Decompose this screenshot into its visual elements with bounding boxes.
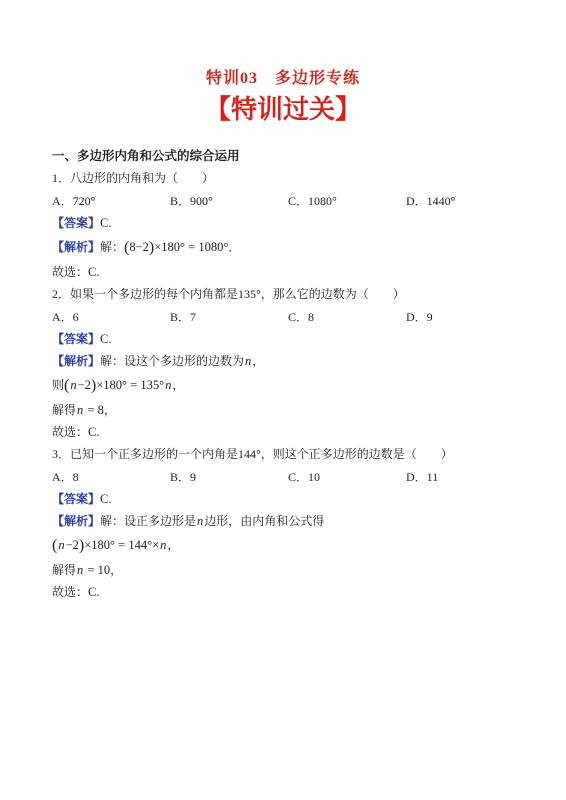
solution-line: 故选：C. (52, 581, 514, 603)
text-segment: C. (100, 332, 111, 346)
doc-title: 特训03 多边形专练 (52, 70, 514, 88)
text-segment: 边形，由内角和公式得 (204, 514, 324, 528)
question-2-stem: 2．如果一个多边形的每个内角都是135°，那么它的边数为（ ） (52, 283, 514, 306)
solution-line: 解得n = 8， (52, 399, 514, 421)
text-segment: 135° (140, 378, 164, 392)
text-segment: ， (104, 403, 116, 417)
question-3: 3．已知一个正多边形的一个内角是144°，则这个正多边形的边数是（ ） A．8 … (52, 443, 514, 603)
solution-line: (n−2)×180° = 144°×n， (52, 532, 514, 559)
text-segment: 故选： (52, 585, 88, 599)
doc-banner: 【特训过关】 (52, 94, 514, 126)
question-1-solution: 【答案】C.【解析】解：(8−2)×180° = 1080°．故选：C. (52, 212, 514, 283)
solution-line: 故选：C. (52, 261, 514, 283)
text-segment: C. (100, 492, 111, 506)
text-segment: 解得 (52, 563, 76, 577)
label-text: 【解析】 (52, 514, 100, 528)
question-3-stem: 3．已知一个正多边形的一个内角是144°，则这个正多边形的边数是（ ） (52, 443, 514, 466)
text-segment: ×180° (96, 378, 127, 392)
solution-line: 【答案】C. (52, 328, 514, 350)
option-d: D．1440° (406, 190, 524, 212)
label-text: 【答案】 (52, 216, 100, 230)
worksheet-page: 特训03 多边形专练 【特训过关】 一、多边形内角和公式的综合运用 1．八边形的… (0, 0, 566, 800)
solution-line: 故选：C. (52, 421, 514, 443)
option-a: A．6 (52, 306, 170, 328)
text-segment: ， (252, 354, 264, 368)
solution-line: 【解析】解：设正多边形是n边形，由内角和公式得 (52, 510, 514, 532)
text-segment: 故选： (52, 425, 88, 439)
text-segment: = (185, 240, 198, 254)
solution-line: 【解析】解：设这个多边形的边数为n， (52, 350, 514, 372)
text-segment: n (57, 538, 65, 552)
text-segment: = 10 (84, 563, 110, 577)
text-segment: ×180° (84, 538, 115, 552)
option-a: A．720° (52, 190, 170, 212)
question-2-options: A．6 B．7 C．8 D．9 (52, 306, 514, 328)
solution-line: 【答案】C. (52, 488, 514, 510)
text-segment: 解得 (52, 403, 76, 417)
label-text: 【解析】 (52, 240, 100, 254)
text-segment: 解： (100, 240, 124, 254)
option-d: D．9 (406, 306, 524, 328)
section-heading: 一、多边形内角和公式的综合运用 (52, 145, 514, 167)
text-segment: ×180° (154, 240, 185, 254)
text-segment: ， (167, 538, 179, 552)
text-segment: 则 (52, 378, 64, 392)
question-1-options: A．720° B．900° C．1080° D．1440° (52, 190, 514, 212)
text-segment: = 8 (84, 403, 104, 417)
option-d: D．11 (406, 466, 524, 488)
text-segment: = (127, 378, 140, 392)
text-segment: = (115, 538, 128, 552)
question-3-options: A．8 B．9 C．10 D．11 (52, 466, 514, 488)
text-segment: 解：设这个多边形的边数为 (100, 354, 244, 368)
question-3-solution: 【答案】C.【解析】解：设正多边形是n边形，由内角和公式得(n−2)×180° … (52, 488, 514, 603)
option-a: A．8 (52, 466, 170, 488)
text-segment: ． (228, 240, 240, 254)
text-segment: ， (110, 563, 122, 577)
text-segment: −2 (78, 378, 91, 392)
label-text: 【解析】 (52, 354, 100, 368)
solution-line: 【解析】解：(8−2)×180° = 1080°． (52, 234, 514, 261)
text-segment: ， (172, 378, 184, 392)
label-text: 【答案】 (52, 332, 100, 346)
question-1: 1．八边形的内角和为（ ） A．720° B．900° C．1080° D．14… (52, 167, 514, 283)
text-segment: C. (88, 425, 99, 439)
solution-line: 解得n = 10， (52, 559, 514, 581)
text-segment: 解：设正多边形是 (100, 514, 196, 528)
text-segment: −2 (66, 538, 79, 552)
option-c: C．10 (288, 466, 406, 488)
option-c: C．8 (288, 306, 406, 328)
text-segment: n (69, 378, 77, 392)
question-2-solution: 【答案】C.【解析】解：设这个多边形的边数为n，则(n−2)×180° = 13… (52, 328, 514, 443)
solution-line: 则(n−2)×180° = 135°n， (52, 372, 514, 399)
text-segment: 8−2 (129, 240, 149, 254)
option-c: C．1080° (288, 190, 406, 212)
text-segment: 故选： (52, 265, 88, 279)
text-segment: C. (88, 265, 99, 279)
label-text: 【答案】 (52, 492, 100, 506)
text-segment: 1080° (198, 240, 228, 254)
text-segment: 144°× (128, 538, 159, 552)
question-1-stem: 1．八边形的内角和为（ ） (52, 167, 514, 190)
option-b: B．900° (170, 190, 288, 212)
option-b: B．7 (170, 306, 288, 328)
option-b: B．9 (170, 466, 288, 488)
solution-line: 【答案】C. (52, 212, 514, 234)
question-2: 2．如果一个多边形的每个内角都是135°，那么它的边数为（ ） A．6 B．7 … (52, 283, 514, 443)
text-segment: C. (100, 216, 111, 230)
text-segment: C. (88, 585, 99, 599)
